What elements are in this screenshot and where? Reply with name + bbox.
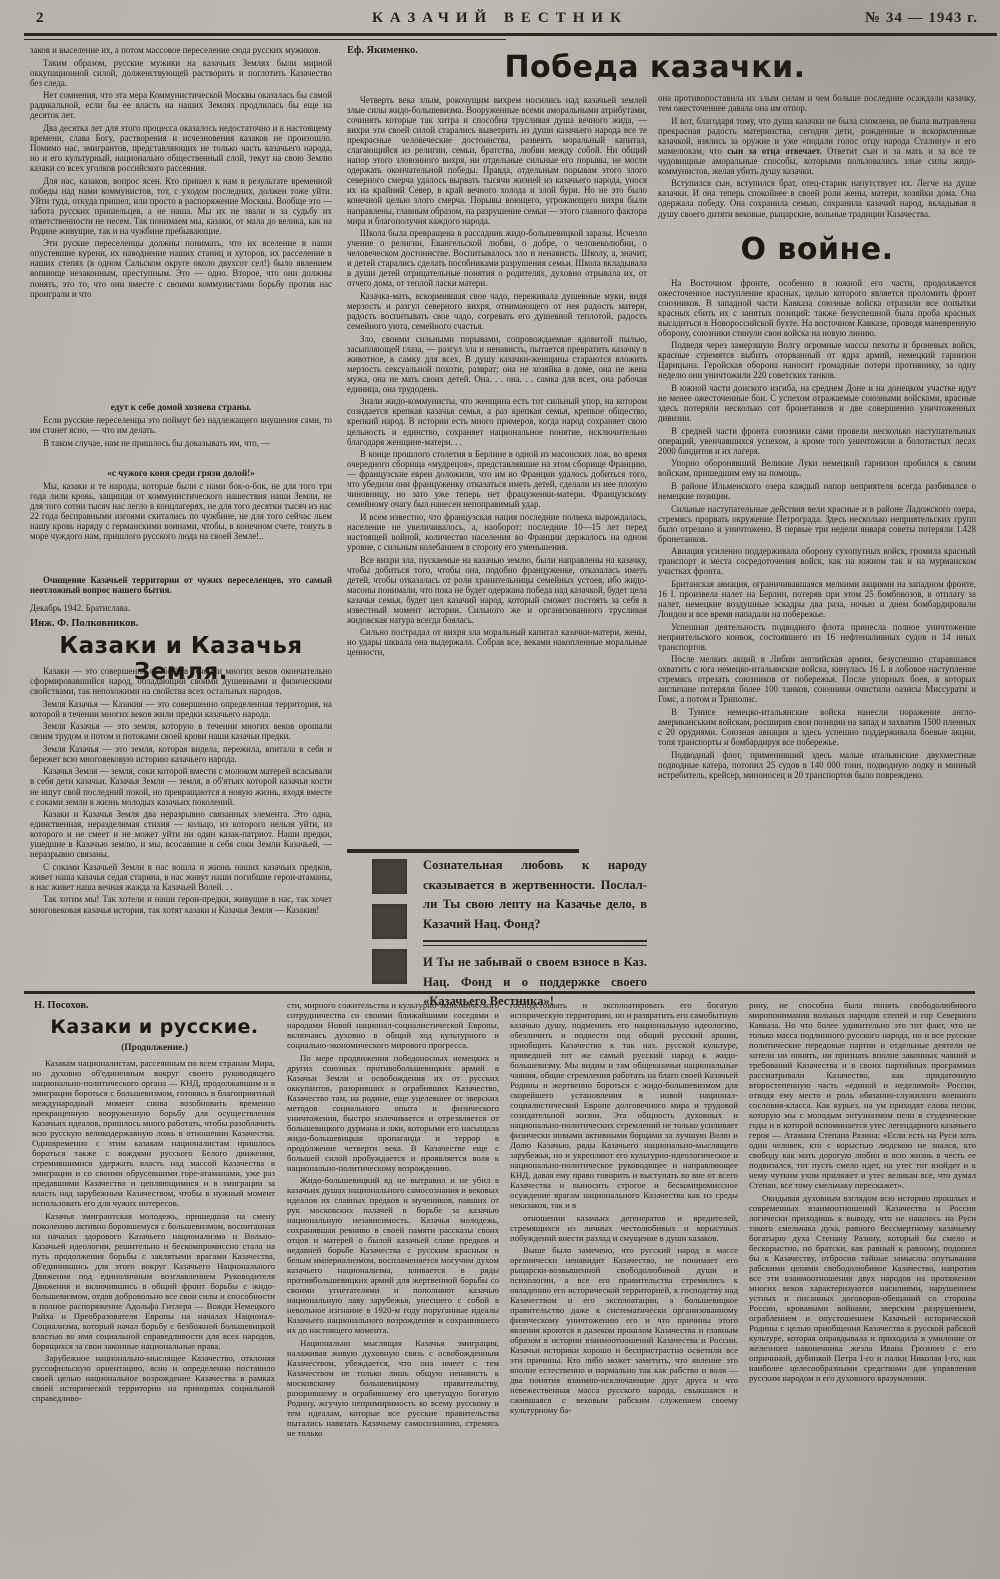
paragraph: сти, мирного сожительства и культурно-эк… (287, 1000, 499, 1050)
paragraph: И всем известно, что французская нация п… (347, 512, 647, 552)
paragraph: Сильно пострадал от вихря зла моральный … (347, 627, 647, 657)
paragraph: Эти руские переселенцы должны понимать, … (30, 238, 332, 298)
paragraph: Школа была превращена в рассадник жидо-б… (347, 228, 647, 288)
pobeda-p2-bold: сын за отца отвечает. (727, 146, 821, 156)
article-resettlers-part3: Мы, казаки и те народы, которые были с н… (30, 481, 332, 575)
paragraph: господстоввать и эксплоатировать его бог… (510, 1000, 738, 1210)
paragraph: Для нас, казаков, вопрос ясен. Кто прише… (30, 176, 332, 236)
paragraph: Все вихри зла, пускаемые на казачью земл… (347, 555, 647, 625)
paragraph: Национально мыслящая Казачья эмиграция, … (287, 1338, 499, 1438)
fund-box-top-rule (347, 849, 579, 853)
paragraph: В конце прошлого столетия в Берлине в од… (347, 449, 647, 509)
paragraph: Земля Казачья — Казакия — это совершенно… (30, 699, 332, 719)
paragraph: Авиация усиленно поддерживала оборону су… (658, 546, 976, 576)
paragraph: Упорно оборонявший Великие Луки немецкий… (658, 458, 976, 478)
paragraph: Казачья эмигрантская молодежь, пришедшая… (32, 1211, 275, 1351)
article-zemlya-body: Казаки — это совершенно особый, в течени… (30, 666, 332, 990)
pobeda-paragraph: И вот, благодаря тому, что душа казачки … (658, 116, 976, 176)
fund-box-separator (423, 940, 647, 946)
byline-polkovnikov: Инж. Ф. Полковников. (30, 618, 138, 629)
paragraph: Подведя через замерзшую Волгу огромные м… (658, 340, 976, 380)
header-rule-thick (24, 33, 997, 36)
fund-box-square-2 (372, 904, 407, 939)
paragraph: заков и выселение их, а потом массовое п… (30, 45, 332, 55)
subtitle-prodolzhenie: (Продолжение.) (32, 1043, 277, 1053)
paragraph: Земля Казачья — это земля, которую в теч… (30, 721, 332, 741)
issue-number: № 34 — 1943 г. (865, 10, 978, 27)
newspaper-page: 2 КАЗАЧИЙ ВЕСТНИК № 34 — 1943 г. заков и… (0, 0, 1000, 1579)
paragraph: отношении казачьих дегенератов и вредите… (510, 1213, 738, 1243)
paragraph: Британская авиация, ограничивавшаяся мел… (658, 579, 976, 619)
paragraph: Сильные наступательные действия вели кра… (658, 504, 976, 544)
paragraph: После мелких акций в Либии английская ар… (658, 654, 976, 704)
paragraph: Зло, своими сильными порывами, сопровожд… (347, 334, 647, 394)
pobeda-continuation-paragraph: она противопоставила их злым силам и чем… (658, 93, 976, 113)
resettlers-slogan-2: «с чужого коня среди грязи долой!» (30, 468, 332, 478)
paragraph: В таком случае, нам не пришлось бы доказ… (30, 438, 332, 448)
paragraph: В Тунисе немецко-итальянские войска нане… (658, 707, 976, 747)
paragraph: Успешная деятельность подводного флота п… (658, 622, 976, 652)
article-russkie-column-4: рину, не способна была понять свободолюб… (749, 1000, 976, 1579)
paragraph: Четверть века злым, рокочущим вихрем нос… (347, 95, 647, 226)
header-rule-thin (24, 39, 506, 40)
fund-box-square-1 (372, 859, 407, 894)
paragraph: Казаки и Казачья Земля два неразрывно св… (30, 809, 332, 859)
paragraph: Жидо-большевицкий яд не вытравил и не уб… (287, 1175, 499, 1335)
resettlers-bold-conclusion: Очищение Казачьей территории от чужих пе… (30, 575, 332, 595)
section-divider-rule (24, 991, 975, 994)
headline-o-voine: О войне. (658, 232, 976, 267)
article-russkie-column-2: сти, мирного сожительства и культурно-эк… (287, 1000, 499, 1579)
paragraph: рину, не способна была понять свободолюб… (749, 1000, 976, 1190)
paragraph: В средней части фронта союзники сами про… (658, 426, 976, 456)
fund-box-text: Сознательная любовь к народу сказывается… (423, 856, 647, 1012)
masthead-title: КАЗАЧИЙ ВЕСТНИК (0, 10, 1000, 27)
paragraph: Казакам националистам, рассеянным по все… (32, 1058, 275, 1208)
paragraph: Знали жидо-коммунисты, что женщина есть … (347, 396, 647, 446)
article-resettlers-part1: заков и выселение их, а потом массовое п… (30, 45, 332, 405)
resettlers-slogan-1: едут к себе домой хозяева страны. (30, 402, 332, 412)
paragraph: Казачья Земля — земля, соки которой вмес… (30, 766, 332, 806)
paragraph: По мере продвижения победоносных немецки… (287, 1053, 499, 1173)
paragraph: Таким образом, русские мужики на казачьи… (30, 58, 332, 88)
headline-pobeda-kazachki: Победа казачки. (500, 50, 810, 85)
byline-posokhov: Н. Посохов. (34, 1000, 89, 1011)
paragraph: Если русские переселенцы это поймут без … (30, 415, 332, 435)
article-russkie-column-3: господстоввать и эксплоатировать его бог… (510, 1000, 738, 1579)
fund-box-square-3 (372, 949, 407, 984)
fund-appeal-1: Сознательная любовь к народу сказывается… (423, 856, 647, 934)
article-pobeda-column-1: Четверть века злым, рокочущим вихрем нос… (347, 95, 647, 845)
headline-kazaki-i-russkie: Казаки и русские. (32, 1016, 277, 1038)
paragraph: Два десятка лет для этого процесса оказа… (30, 123, 332, 173)
byline-yakimenko: Еф. Якименко. (347, 45, 418, 56)
paragraph: Земля Казачья — это земля, которая видел… (30, 744, 332, 764)
paragraph: Выше было замечено, что русский народ в … (510, 1245, 738, 1415)
resettlers-dateline: Декабрь 1942. Братислава. (30, 603, 332, 613)
paragraph: Зарубежное национально-мыслящее Казачест… (32, 1353, 275, 1403)
paragraph: Подводный флот, применивший здесь малые … (658, 750, 976, 780)
pobeda-paragraph: Вступился сын, вступился брат, отец-стар… (658, 178, 976, 218)
paragraph: Казачка-мать, вскормившая свое чадо, пер… (347, 291, 647, 331)
paragraph: В южной части донского изгиба, на средне… (658, 383, 976, 423)
paragraph: На Восточном фронте, особенно в южной ег… (658, 278, 976, 338)
paragraph: Казаки — это совершенно особый, в течени… (30, 666, 332, 696)
paragraph: Окидывая духовным взглядом всю историю п… (749, 1193, 976, 1383)
paragraph: Нет сомнения, что эта мера Коммунистичес… (30, 90, 332, 120)
fund-appeal-box: Сознательная любовь к народу сказывается… (347, 849, 647, 992)
article-voina-body: На Восточном фронте, особенно в южной ег… (658, 278, 976, 780)
article-pobeda-column-2: она противопоставила их злым силам и чем… (658, 93, 976, 992)
article-russkie-column-1: Казакам националистам, рассеянным по все… (32, 1058, 275, 1579)
paragraph: С соками Казачьей Земли в нас вошла и жи… (30, 862, 332, 892)
article-resettlers-part2: Если русские переселенцы это поймут без … (30, 415, 332, 468)
paragraph: В районе Ильменского озера каждый напор … (658, 481, 976, 501)
paragraph: Мы, казаки и те народы, которые были с н… (30, 481, 332, 541)
paragraph: Так хотим мы! Так хотели и наши герои-пр… (30, 894, 332, 914)
